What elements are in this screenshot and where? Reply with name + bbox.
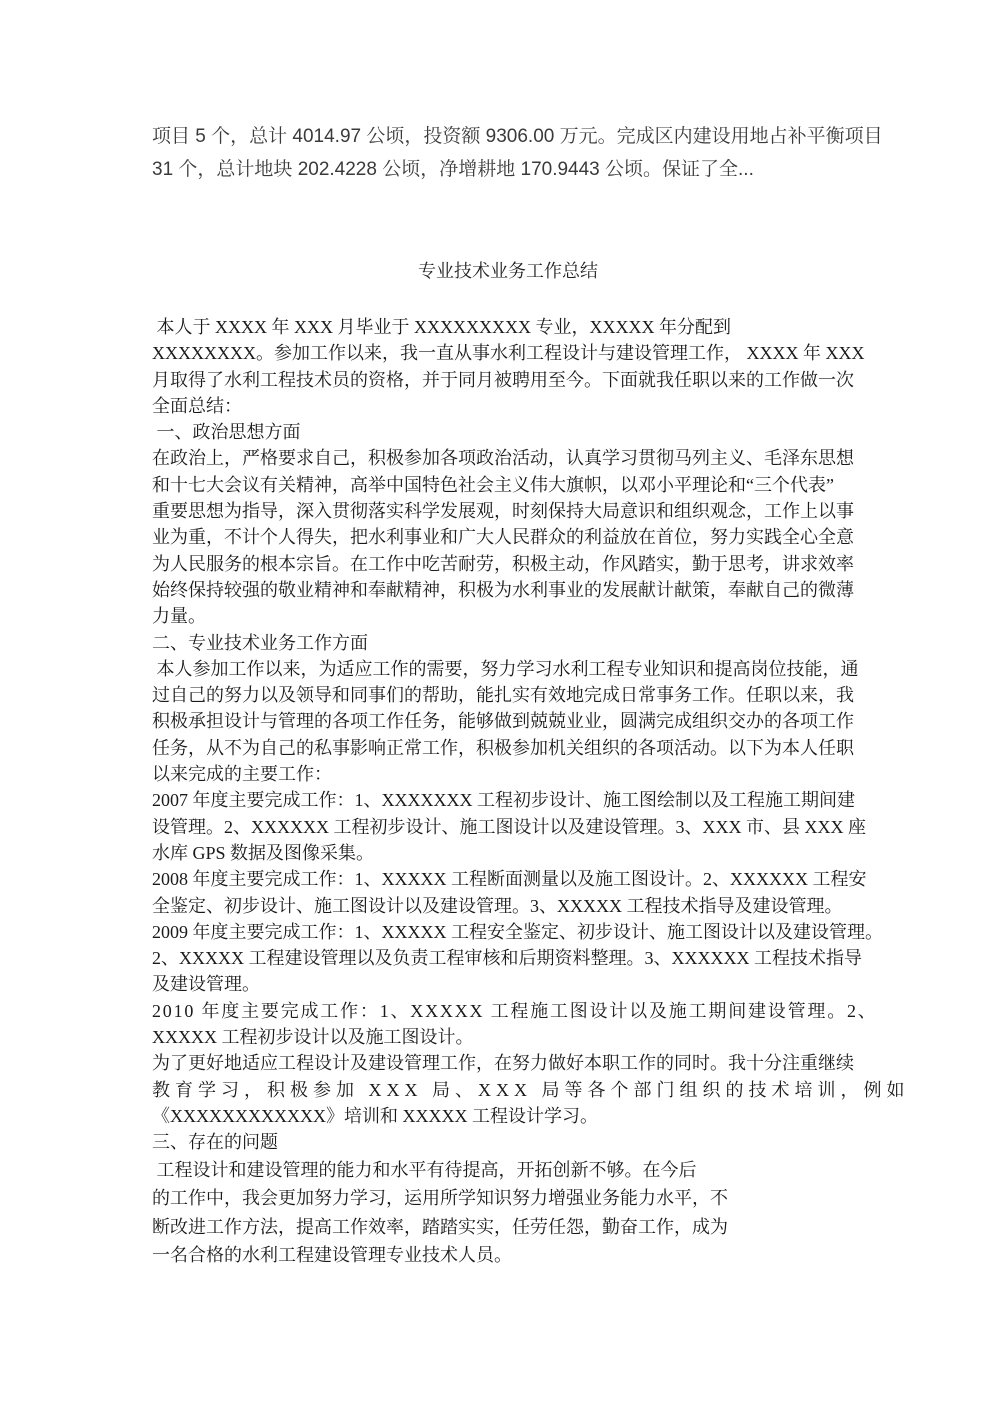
text-line: 的工作中，我会更加努力学习，运用所学知识努力增强业务能力水平，不	[152, 1184, 868, 1213]
text-line: 始终保持较强的敬业精神和奉献精神，积极为水利事业的发展献计献策，奉献自己的微薄	[152, 577, 868, 603]
text-line: 二、专业技术业务工作方面	[152, 630, 868, 656]
text-line: 全鉴定、初步设计、施工图设计以及建设管理。3、XXXXX 工程技术指导及建设管理…	[152, 893, 868, 919]
text-line: XXXXXXXX。参加工作以来，我一直从事水利工程设计与建设管理工作， XXXX…	[152, 340, 868, 366]
text-line: XXXXX 工程初步设计以及施工图设计。	[152, 1024, 868, 1050]
text-line: 2008 年度主要完成工作：1、XXXXX 工程断面测量以及施工图设计。2、XX…	[152, 866, 868, 892]
text-line: 本人参加工作以来，为适应工作的需要，努力学习水利工程专业知识和提高岗位技能，通	[152, 656, 868, 682]
text-line: 断改进工作方法，提高工作效率，踏踏实实，任劳任怨，勤奋工作，成为	[152, 1213, 868, 1242]
text-line: 全面总结：	[152, 393, 868, 419]
text-line: 在政治上，严格要求自己，积极参加各项政治活动，认真学习贯彻马列主义、毛泽东思想	[152, 445, 868, 471]
text-line: 重要思想为指导，深入贯彻落实科学发展观，时刻保持大局意识和组织观念，工作上以事	[152, 498, 868, 524]
text-line: 2、XXXXX 工程建设管理以及负责工程审核和后期资料整理。3、XXXXXX 工…	[152, 945, 868, 971]
document-page: 项目 5 个，总计 4014.97 公顷，投资额 9306.00 万元。完成区内…	[0, 0, 1000, 1415]
text-line: 2010 年度主要完成工作：1、XXXXX 工程施工图设计以及施工期间建设管理。…	[152, 998, 868, 1024]
text-line: 项目 5 个，总计 4014.97 公顷，投资额 9306.00 万元。完成区内…	[152, 120, 868, 153]
text-line: 过自己的努力以及领导和同事们的帮助，能扎实有效地完成日常事务工作。任职以来，我	[152, 682, 868, 708]
text-line: 以来完成的主要工作：	[152, 761, 868, 787]
text-line: 工程设计和建设管理的能力和水平有待提高，开拓创新不够。在今后	[152, 1156, 868, 1185]
text-line: 为人民服务的根本宗旨。在工作中吃苦耐劳，积极主动，作风踏实，勤于思考，讲求效率	[152, 551, 868, 577]
text-line: 2007 年度主要完成工作：1、XXXXXXX 工程初步设计、施工图绘制以及工程…	[152, 787, 868, 813]
text-line: 设管理。2、XXXXXX 工程初步设计、施工图设计以及建设管理。3、XXX 市、…	[152, 814, 868, 840]
text-line: 2009 年度主要完成工作：1、XXXXX 工程安全鉴定、初步设计、施工图设计以…	[152, 919, 868, 945]
text-line: 31 个，总计地块 202.4228 公顷，净增耕地 170.9443 公顷。保…	[152, 153, 868, 186]
text-line: 教育学习，积极参加 XXX 局、XXX 局等各个部门组织的技术培训，例如	[152, 1077, 868, 1103]
text-line: 业为重，不计个人得失，把水利事业和广大人民群众的利益放在首位，努力实践全心全意	[152, 524, 868, 550]
document-body: 本人于 XXXX 年 XXX 月毕业于 XXXXXXXXX 专业，XXXXX 年…	[152, 314, 868, 1270]
text-line: 任务，从不为自己的私事影响正常工作，积极参加机关组织的各项活动。以下为本人任职	[152, 735, 868, 761]
intro-paragraph: 项目 5 个，总计 4014.97 公顷，投资额 9306.00 万元。完成区内…	[152, 120, 868, 186]
text-line: 和十七大会议有关精神，高举中国特色社会主义伟大旗帜，以邓小平理论和“三个代表”	[152, 472, 868, 498]
text-line: 水库 GPS 数据及图像采集。	[152, 840, 868, 866]
text-line: 积极承担设计与管理的各项工作任务，能够做到兢兢业业，圆满完成组织交办的各项工作	[152, 708, 868, 734]
text-line: 及建设管理。	[152, 971, 868, 997]
document-title: 专业技术业务工作总结	[152, 258, 864, 284]
text-line: 三、存在的问题	[152, 1129, 868, 1155]
text-line: 月取得了水利工程技术员的资格，并于同月被聘用至今。下面就我任职以来的工作做一次	[152, 367, 868, 393]
text-line: 本人于 XXXX 年 XXX 月毕业于 XXXXXXXXX 专业，XXXXX 年…	[152, 314, 868, 340]
text-line: 为了更好地适应工程设计及建设管理工作，在努力做好本职工作的同时。我十分注重继续	[152, 1050, 868, 1076]
text-line: 一名合格的水利工程建设管理专业技术人员。	[152, 1241, 868, 1270]
text-line: 力量。	[152, 603, 868, 629]
text-line: 一、政治思想方面	[152, 419, 868, 445]
text-line: 《XXXXXXXXXXXX》培训和 XXXXX 工程设计学习。	[152, 1103, 868, 1129]
